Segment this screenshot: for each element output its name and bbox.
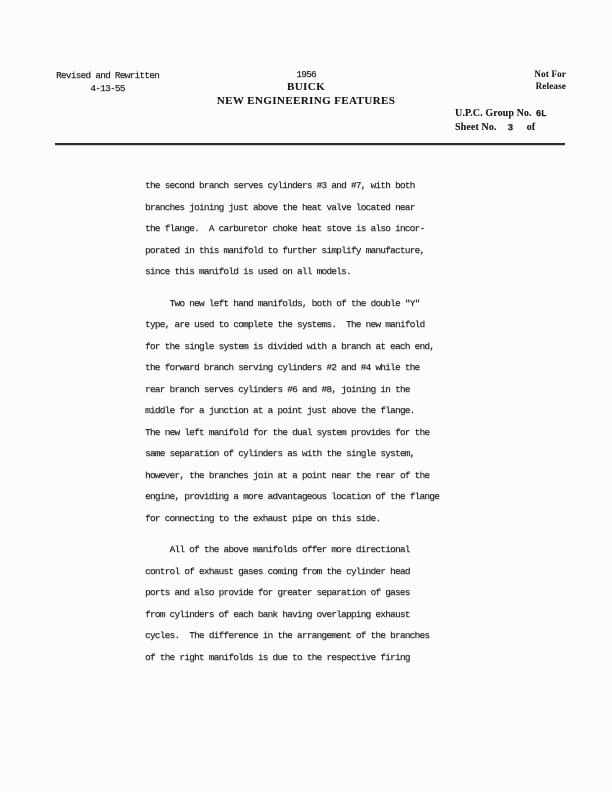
upc-group-line: U.P.C. Group No.6L bbox=[455, 107, 546, 121]
paragraph-manifold-advantages: All of the above manifolds offer more di… bbox=[145, 539, 475, 668]
document-page: Revised and Rewritten 4-13-55 1956 BUICK… bbox=[0, 0, 612, 792]
title-block: 1956 BUICK NEW ENGINEERING FEATURES bbox=[0, 68, 612, 108]
document-subtitle: NEW ENGINEERING FEATURES bbox=[0, 94, 612, 108]
sheet-of-label: of bbox=[527, 122, 536, 133]
sheet-number-label: Sheet No. bbox=[455, 122, 496, 133]
restriction-line-1: Not For bbox=[534, 69, 566, 81]
sheet-number-line: Sheet No.3of bbox=[455, 121, 546, 135]
sheet-number-value: 3 bbox=[507, 122, 512, 133]
paragraph-left-hand-manifolds: Two new left hand manifolds, both of the… bbox=[145, 293, 475, 530]
paragraph-manifold-right-branch: the second branch serves cylinders #3 an… bbox=[145, 175, 475, 283]
document-body: the second branch serves cylinders #3 an… bbox=[145, 175, 475, 678]
upc-block: U.P.C. Group No.6L Sheet No.3of bbox=[455, 107, 546, 134]
restriction-line-2: Release bbox=[534, 81, 566, 93]
release-restriction: Not For Release bbox=[534, 69, 566, 92]
upc-group-label: U.P.C. Group No. bbox=[455, 108, 532, 119]
upc-group-value: 6L bbox=[536, 108, 546, 119]
document-title: BUICK bbox=[0, 81, 612, 94]
header-divider-rule bbox=[55, 143, 565, 145]
model-year: 1956 bbox=[0, 68, 612, 81]
